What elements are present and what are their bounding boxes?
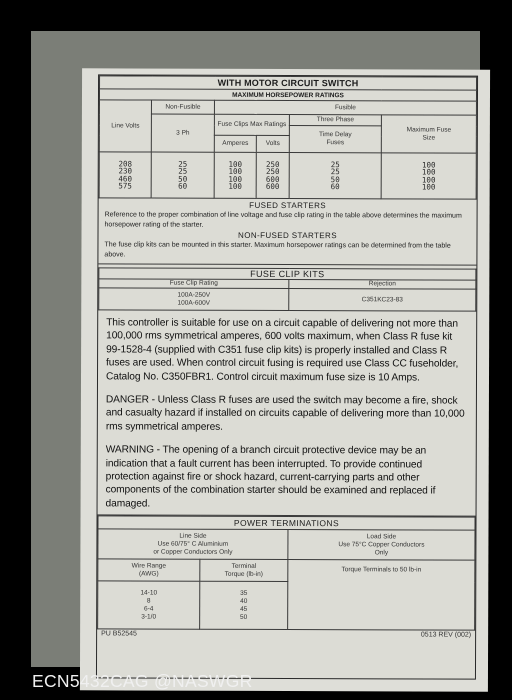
header-volts: Volts: [256, 135, 289, 152]
header-line-volts: Line Volts: [99, 100, 151, 152]
label-footer: PU B52545 0513 REV (002): [97, 630, 475, 640]
danger-text: DANGER - Unless Class R fuses are used t…: [98, 387, 476, 439]
load-side-spec: Load Side Use 75°C Copper Conductors Onl…: [288, 530, 475, 561]
image-caption: ECN5432CAG @NASWGR: [32, 671, 253, 692]
3ph-values: 25 25 50 60: [151, 152, 214, 198]
fused-starters-text: Reference to the proper combination of l…: [99, 210, 477, 231]
header-3ph: 3 Ph: [151, 114, 214, 152]
header-fusible: Fusible: [214, 100, 476, 115]
power-terminations-title: POWER TERMINATIONS: [98, 516, 475, 530]
wire-range-values: 14-10 8 6-4 3-1/0: [98, 581, 200, 629]
part-number: PU B52545: [101, 631, 137, 638]
power-terminations-table: POWER TERMINATIONS Line Side Use 60/75° …: [97, 516, 475, 631]
revision: 0513 REV (002): [421, 632, 471, 639]
header-fuse-clips: Fuse Clips Max Ratings: [214, 114, 289, 135]
fuse-clip-kits-table: FUSE CLIP KITS Fuse Clip Rating Rejectio…: [98, 267, 476, 311]
header-amperes: Amperes: [214, 135, 256, 152]
header-non-fusible: Non-Fusible: [151, 100, 214, 114]
header-time-delay: Time Delay Fuses: [289, 126, 381, 153]
time-delay-values: 25 25 50 60: [289, 153, 381, 199]
starters-section: FUSED STARTERS Reference to the proper c…: [98, 198, 476, 265]
controller-rating-text: This controller is suitable for use on a…: [98, 310, 476, 388]
torque-values: 35 40 45 50: [200, 581, 288, 629]
line-side-spec: Line Side Use 60/75° C Aluminium or Copp…: [98, 529, 288, 560]
volts-values: 250 250 600 600: [256, 152, 289, 198]
photo-background: WITH MOTOR CIRCUIT SWITCH MAXIMUM HORSEP…: [31, 31, 480, 667]
non-fused-starters-text: The fuse clip kits can be mounted in thi…: [98, 240, 476, 261]
rating-label: WITH MOTOR CIRCUIT SWITCH MAXIMUM HORSEP…: [80, 68, 490, 691]
label-frame: WITH MOTOR CIRCUIT SWITCH MAXIMUM HORSEP…: [96, 74, 478, 679]
label-title: WITH MOTOR CIRCUIT SWITCH: [100, 76, 477, 90]
line-volts-values: 208 230 460 575: [99, 152, 151, 198]
notices-section: This controller is suitable for use on a…: [98, 310, 477, 517]
header-max-fuse-size: Maximum Fuse Size: [381, 115, 476, 153]
terminal-torque-header: Terminal Torque (lb-in): [200, 559, 288, 581]
max-fuse-size-values: 100 100 100 100: [381, 153, 476, 199]
warning-text: WARNING - The opening of a branch circui…: [98, 438, 476, 516]
load-torque-text: Torque Terminals to 50 lb-in: [288, 560, 475, 631]
fuse-clip-ratings: 100A-250V 100A-600V: [99, 288, 289, 311]
header-three-phase: Three Phase: [289, 115, 381, 126]
amperes-values: 100 100 100 100: [214, 152, 256, 198]
wire-range-header: Wire Range (AWG): [98, 559, 200, 581]
horsepower-table: WITH MOTOR CIRCUIT SWITCH MAXIMUM HORSEP…: [99, 75, 477, 199]
rejection-value: C351KC23-83: [289, 289, 476, 312]
